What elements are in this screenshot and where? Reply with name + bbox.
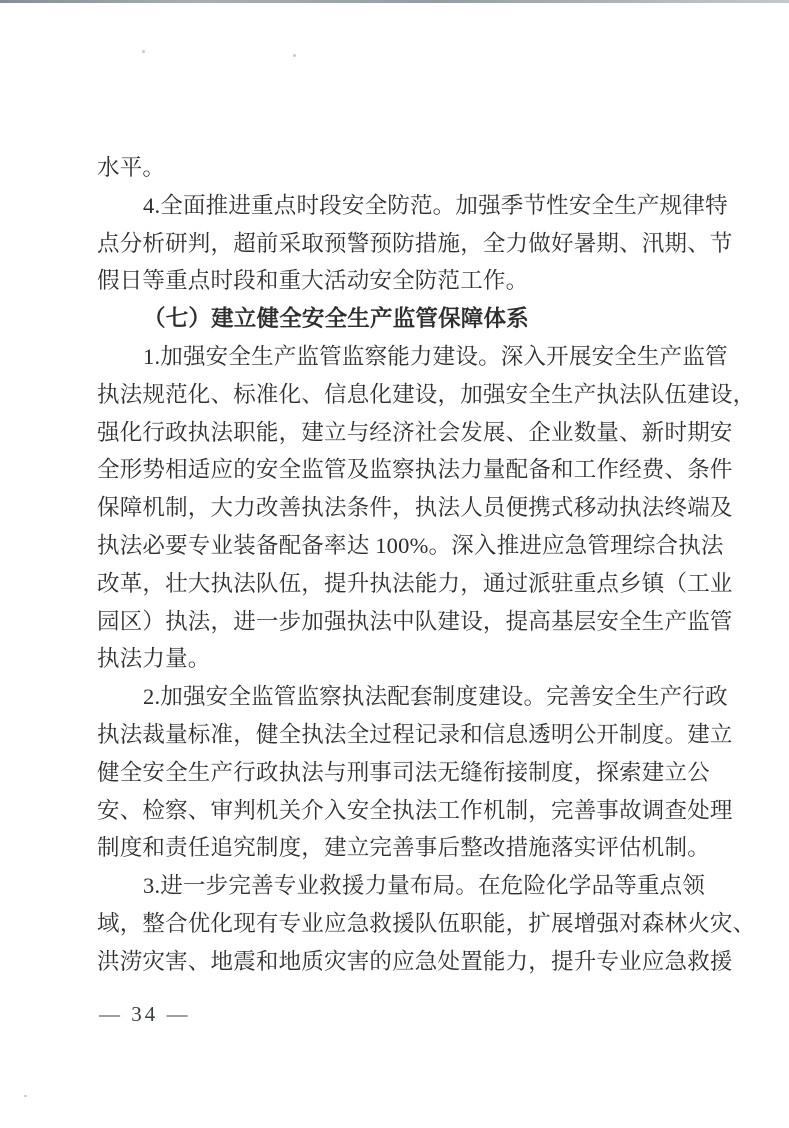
paragraph-line: 点分析研判，超前采取预警预防措施，全力做好暑期、汛期、节 bbox=[97, 225, 713, 263]
scan-speck bbox=[142, 50, 145, 53]
document-page: 水平。 4.全面推进重点时段安全防范。加强季节性安全生产规律特 点分析研判，超前… bbox=[0, 0, 789, 1128]
paragraph-line: 执法力量。 bbox=[97, 640, 713, 678]
paragraph-line: 保障机制，大力改善执法条件，执法人员便携式移动执法终端及 bbox=[97, 489, 713, 527]
paragraph-line: 园区）执法，进一步加强执法中队建设，提高基层安全生产监管 bbox=[97, 603, 713, 641]
section-heading: （七）建立健全安全生产监管保障体系 bbox=[97, 300, 713, 338]
paragraph-line: 3.进一步完善专业救援力量布局。在危险化学品等重点领 bbox=[97, 867, 713, 905]
paragraph-line: 健全安全生产行政执法与刑事司法无缝衔接制度，探索建立公 bbox=[97, 754, 713, 792]
paragraph-line: 执法裁量标准，健全执法全过程记录和信息透明公开制度。建立 bbox=[97, 716, 713, 754]
scan-speck bbox=[24, 1095, 27, 1097]
paragraph-line: 强化行政执法职能，建立与经济社会发展、企业数量、新时期安 bbox=[97, 414, 713, 452]
paragraph-line: 执法规范化、标准化、信息化建设，加强安全生产执法队伍建设， bbox=[97, 376, 713, 414]
paragraph-line: 改革，壮大执法队伍，提升执法能力，通过派驻重点乡镇（工业 bbox=[97, 565, 713, 603]
paragraph-line: 制度和责任追究制度，建立完善事后整改措施落实评估机制。 bbox=[97, 829, 713, 867]
paragraph-line: 域，整合优化现有专业应急救援队伍职能，扩展增强对森林火灾、 bbox=[97, 905, 713, 943]
paragraph-line: 1.加强安全生产监管监察能力建设。深入开展安全生产监管 bbox=[97, 338, 713, 376]
scan-edge-artifact bbox=[0, 0, 789, 3]
paragraph-line: 2.加强安全监管监察执法配套制度建设。完善安全生产行政 bbox=[97, 678, 713, 716]
paragraph-line: 安、检察、审判机关介入安全执法工作机制，完善事故调查处理 bbox=[97, 792, 713, 830]
paragraph-line: 水平。 bbox=[97, 149, 713, 187]
paragraph-line: 4.全面推进重点时段安全防范。加强季节性安全生产规律特 bbox=[97, 187, 713, 225]
paragraph-line: 洪涝灾害、地震和地质灾害的应急处置能力，提升专业应急救援 bbox=[97, 943, 713, 981]
document-body: 水平。 4.全面推进重点时段安全防范。加强季节性安全生产规律特 点分析研判，超前… bbox=[97, 149, 713, 981]
page-number: — 34 — bbox=[99, 1002, 191, 1027]
scan-speck bbox=[293, 54, 296, 57]
paragraph-line: 全形势相适应的安全监管及监察执法力量配备和工作经费、条件 bbox=[97, 451, 713, 489]
paragraph-line: 假日等重点时段和重大活动安全防范工作。 bbox=[97, 262, 713, 300]
paragraph-line: 执法必要专业装备配备率达 100%。深入推进应急管理综合执法 bbox=[97, 527, 713, 565]
